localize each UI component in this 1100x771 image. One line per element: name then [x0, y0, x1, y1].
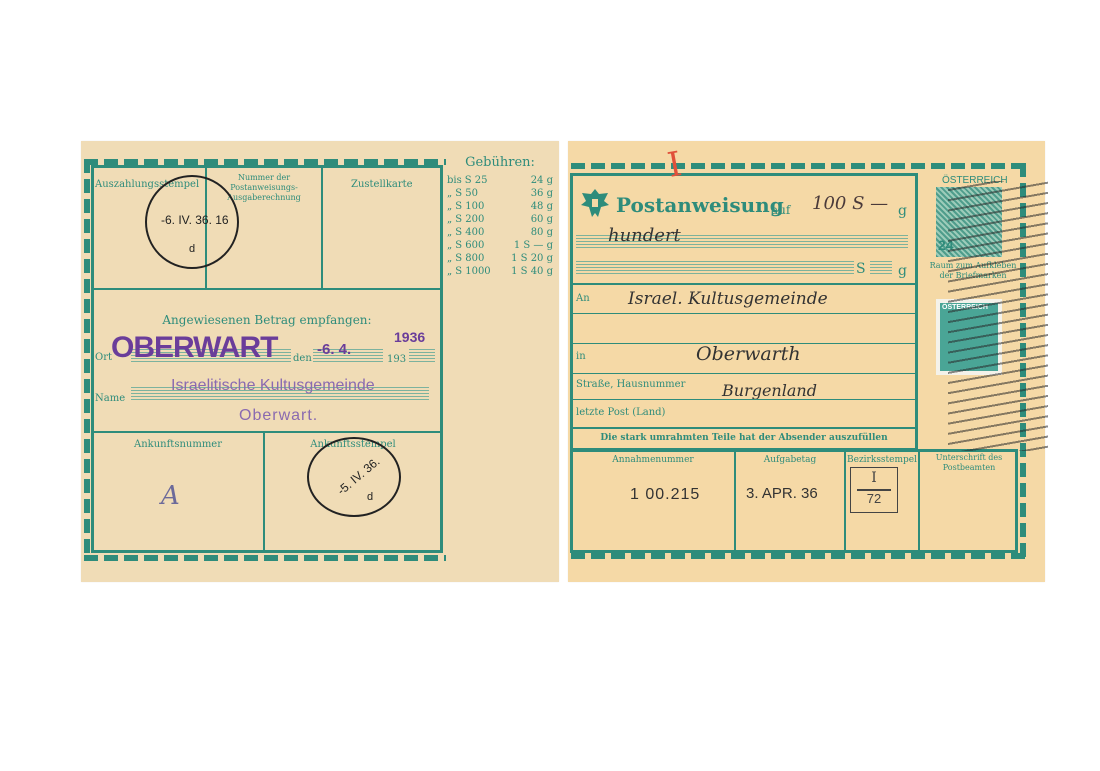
divider: [93, 431, 441, 433]
fee-prefix: bis: [447, 174, 462, 187]
year-prefix: 193: [387, 354, 406, 365]
signature-label: Unterschrift des Postbeamten: [920, 453, 1018, 473]
district-stamp-label: Bezirksstempel: [846, 455, 918, 465]
fee-row: „S 10048 g: [447, 200, 553, 213]
stamp-caption: Raum zum Aufkleben der Briefmarken: [923, 261, 1023, 281]
ort-value: OBERWART: [111, 331, 277, 365]
fees-title: Gebühren:: [447, 155, 553, 170]
checker-border-right: [1020, 163, 1026, 559]
fees-table: Gebühren: bisS 2524 g„S 5036 g„S 10048 g…: [447, 155, 553, 278]
fee-value: 1 S 40 g: [511, 265, 553, 278]
field-value-an: Israel. Kultusgemeinde: [628, 289, 828, 309]
fee-amount: S 400: [452, 226, 531, 239]
divider: [844, 451, 846, 551]
fee-amount: S 25: [462, 174, 531, 187]
fee-value: 24 g: [531, 174, 553, 187]
fee-row: „S 8001 S 20 g: [447, 252, 553, 265]
checker-border-bottom: [84, 555, 446, 561]
footer-note: Die stark umrahmten Teile hat der Absend…: [573, 433, 915, 443]
issue-day-label: Aufgabetag: [736, 455, 844, 465]
postmark-bottom: -5. IV. 36. d: [307, 437, 401, 517]
ort-label: Ort: [95, 352, 112, 363]
divider: [573, 399, 915, 400]
divider: [573, 313, 915, 314]
fee-amount: S 200: [452, 213, 531, 226]
date-value: -6. 4.: [317, 341, 351, 358]
divider: [321, 168, 323, 288]
stamp-country-label: ÖSTERREICH: [942, 175, 1008, 186]
money-order-receipt-card: Auszahlungsstempel Nummer der Postanweis…: [81, 141, 559, 582]
fee-row: „S 20060 g: [447, 213, 553, 226]
divider: [93, 288, 441, 290]
fee-value: 36 g: [531, 187, 553, 200]
money-order-card: I Postanweisung auf 100 S — g hundert S …: [568, 141, 1045, 582]
amount-value: 100 S —: [812, 193, 888, 214]
fee-row: „S 40080 g: [447, 226, 553, 239]
issue-day-value: 3. APR. 36: [746, 485, 818, 502]
den-label: den: [293, 353, 312, 364]
name-label: Name: [95, 393, 125, 404]
g-label-2: g: [898, 263, 907, 279]
divider: [573, 373, 915, 374]
postage-stamp: ÖSTERREICH: [936, 299, 1002, 375]
checker-border-bottom: [571, 553, 1026, 559]
fee-amount: S 600: [452, 239, 514, 252]
year-value: 1936: [394, 329, 425, 345]
delivery-card-label: Zustellkarte: [351, 179, 413, 190]
fee-value: 60 g: [531, 213, 553, 226]
fee-amount: S 800: [452, 252, 511, 265]
s-label: S: [856, 261, 866, 277]
field-label-an: An: [576, 293, 590, 304]
fee-row: „S 10001 S 40 g: [447, 265, 553, 278]
divider: [573, 427, 915, 429]
divider: [573, 283, 915, 285]
g-label: g: [898, 203, 907, 219]
g-field: [870, 261, 892, 275]
received-heading: Angewiesenen Betrag empfangen:: [93, 313, 441, 327]
field-value-street: Burgenland: [722, 381, 817, 400]
divider: [734, 451, 736, 551]
amount-words: hundert: [608, 225, 681, 246]
fee-amount: S 50: [452, 187, 531, 200]
field-label-last-post: letzte Post (Land): [576, 407, 665, 418]
checker-border-left: [84, 159, 90, 559]
fee-value: 1 S — g: [514, 239, 553, 252]
checker-border-top: [571, 163, 1026, 169]
divider: [263, 433, 265, 551]
acceptance-number-value: 1 00.215: [630, 486, 700, 504]
amount-line-2: [576, 261, 854, 275]
fee-row: „S 6001 S — g: [447, 239, 553, 252]
field-value-in: Oberwarth: [696, 343, 801, 365]
fee-value: 80 g: [531, 226, 553, 239]
name-line1: Israelitische Kultusgemeinde: [171, 377, 375, 395]
fee-amount: S 1000: [452, 265, 511, 278]
year-field-line: [409, 349, 435, 363]
printed-stamp-icon: 24: [936, 187, 1002, 257]
arrival-number-value: A: [161, 481, 180, 511]
fee-row: bisS 2524 g: [447, 174, 553, 187]
field-label-in: in: [576, 351, 586, 362]
form-title: Postanweisung: [616, 193, 784, 217]
auf-label: auf: [771, 203, 790, 217]
fee-value: 1 S 20 g: [511, 252, 553, 265]
arrival-number-label: Ankunftsnummer: [93, 439, 263, 450]
field-label-street: Straße, Hausnummer: [576, 379, 685, 390]
fee-value: 48 g: [531, 200, 553, 213]
district-stamp: I 72: [850, 467, 898, 513]
eagle-crest-icon: [580, 187, 610, 219]
name-line2: Oberwart.: [239, 407, 318, 425]
fee-amount: S 100: [452, 200, 531, 213]
postmark-top: -6. IV. 36. 16 d: [145, 175, 239, 269]
acceptance-number-label: Annahmenummer: [573, 455, 733, 465]
fee-row: „S 5036 g: [447, 187, 553, 200]
